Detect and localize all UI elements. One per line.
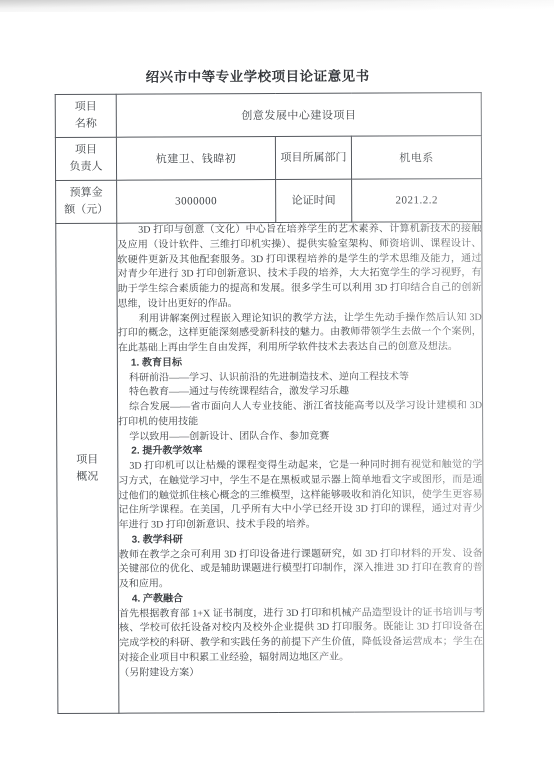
project-review-form-table: 项目 名称 创意发展中心建设项目 项目 负责人 杭建卫、钱暐初 项目所属部门 机… [55, 92, 485, 714]
overview-paragraph-intro: 3D 打印与创意（文化）中心旨在培养学生的艺术素养、计算机新技术的接触及应用（设… [117, 222, 481, 312]
overview-paragraph-teaching-efficiency: 3D 打印机可以让枯燥的课程变得生动起来，它是一种同时拥有视觉和触觉的学习方式，… [118, 458, 482, 533]
budget-label: 预算金 额（元） [56, 180, 117, 223]
overview-paragraph-industry-education: 首先根据教育部 1+X 证书制度，进行 3D 打印和机械产品造型设计的证书培训与… [119, 606, 483, 667]
overview-heading-education-goals: 1. 教育目标 [118, 355, 482, 371]
review-time-label: 论证时间 [276, 179, 352, 222]
document-title: 绍兴市中等专业学校项目论证意见书 [45, 68, 471, 85]
overview-goal-comprehensive: 综合发展——省市面向人人专业技能、浙江省技能高考以及学习设计建模和 3D 打印机… [118, 399, 482, 430]
row-project-name: 项目 名称 创意发展中心建设项目 [55, 93, 481, 138]
row-project-overview: 项目 概况 3D 打印与创意（文化）中心旨在培养学生的艺术素养、计算机新技术的接… [56, 222, 484, 714]
overview-heading-teaching-research: 3. 教学科研 [119, 532, 483, 548]
overview-attachment-note: （另附建设方案） [119, 665, 483, 681]
overview-goal-research: 科研前沿——学习、认识前沿的先进制造技术、逆向工程技术等 [118, 370, 482, 386]
project-name-label: 项目 名称 [55, 94, 116, 137]
project-leader-label: 项目 负责人 [55, 137, 116, 180]
row-budget: 预算金 额（元） 3000000 论证时间 2021.2.2 [56, 179, 482, 224]
project-overview-label: 项目 概况 [56, 223, 119, 713]
scanned-document-page: { "document": { "title": "绍兴市中等专业学校项目论证意… [0, 0, 554, 783]
project-overview-content: 3D 打印与创意（文化）中心旨在培养学生的艺术素养、计算机新技术的接触及应用（设… [117, 222, 484, 714]
overview-paragraph-teaching-research: 教师在教学之余可利用 3D 打印设备进行课题研究，如 3D 打印材料的开发、设备… [119, 547, 483, 593]
overview-paragraph-teaching-method: 利用讲解案例过程嵌入理论知识的教学方法，让学生先动手操作然后认知 3D 打印的概… [118, 311, 482, 357]
paper-sheet: 绍兴市中等专业学校项目论证意见书 项目 名称 创意发展中心建设项目 项目 负责人… [0, 0, 554, 783]
department-value: 机电系 [351, 136, 481, 180]
review-time-value: 2021.2.2 [352, 179, 482, 223]
project-leader-value: 杭建卫、钱暐初 [116, 137, 275, 181]
overview-goal-special-education: 特色教育——通过与传统课程结合，激发学习乐趣 [118, 384, 482, 400]
overview-heading-industry-education: 4. 产教融合 [119, 591, 483, 607]
overview-heading-teaching-efficiency: 2. 提升教学效率 [118, 443, 482, 459]
project-name-value: 创意发展中心建设项目 [116, 93, 481, 138]
budget-value: 3000000 [117, 180, 276, 224]
overview-goal-application: 学以致用——创新设计、团队合作、参加竞赛 [118, 429, 482, 445]
row-project-leader: 项目 负责人 杭建卫、钱暐初 项目所属部门 机电系 [55, 136, 481, 181]
department-label: 项目所属部门 [275, 136, 351, 179]
